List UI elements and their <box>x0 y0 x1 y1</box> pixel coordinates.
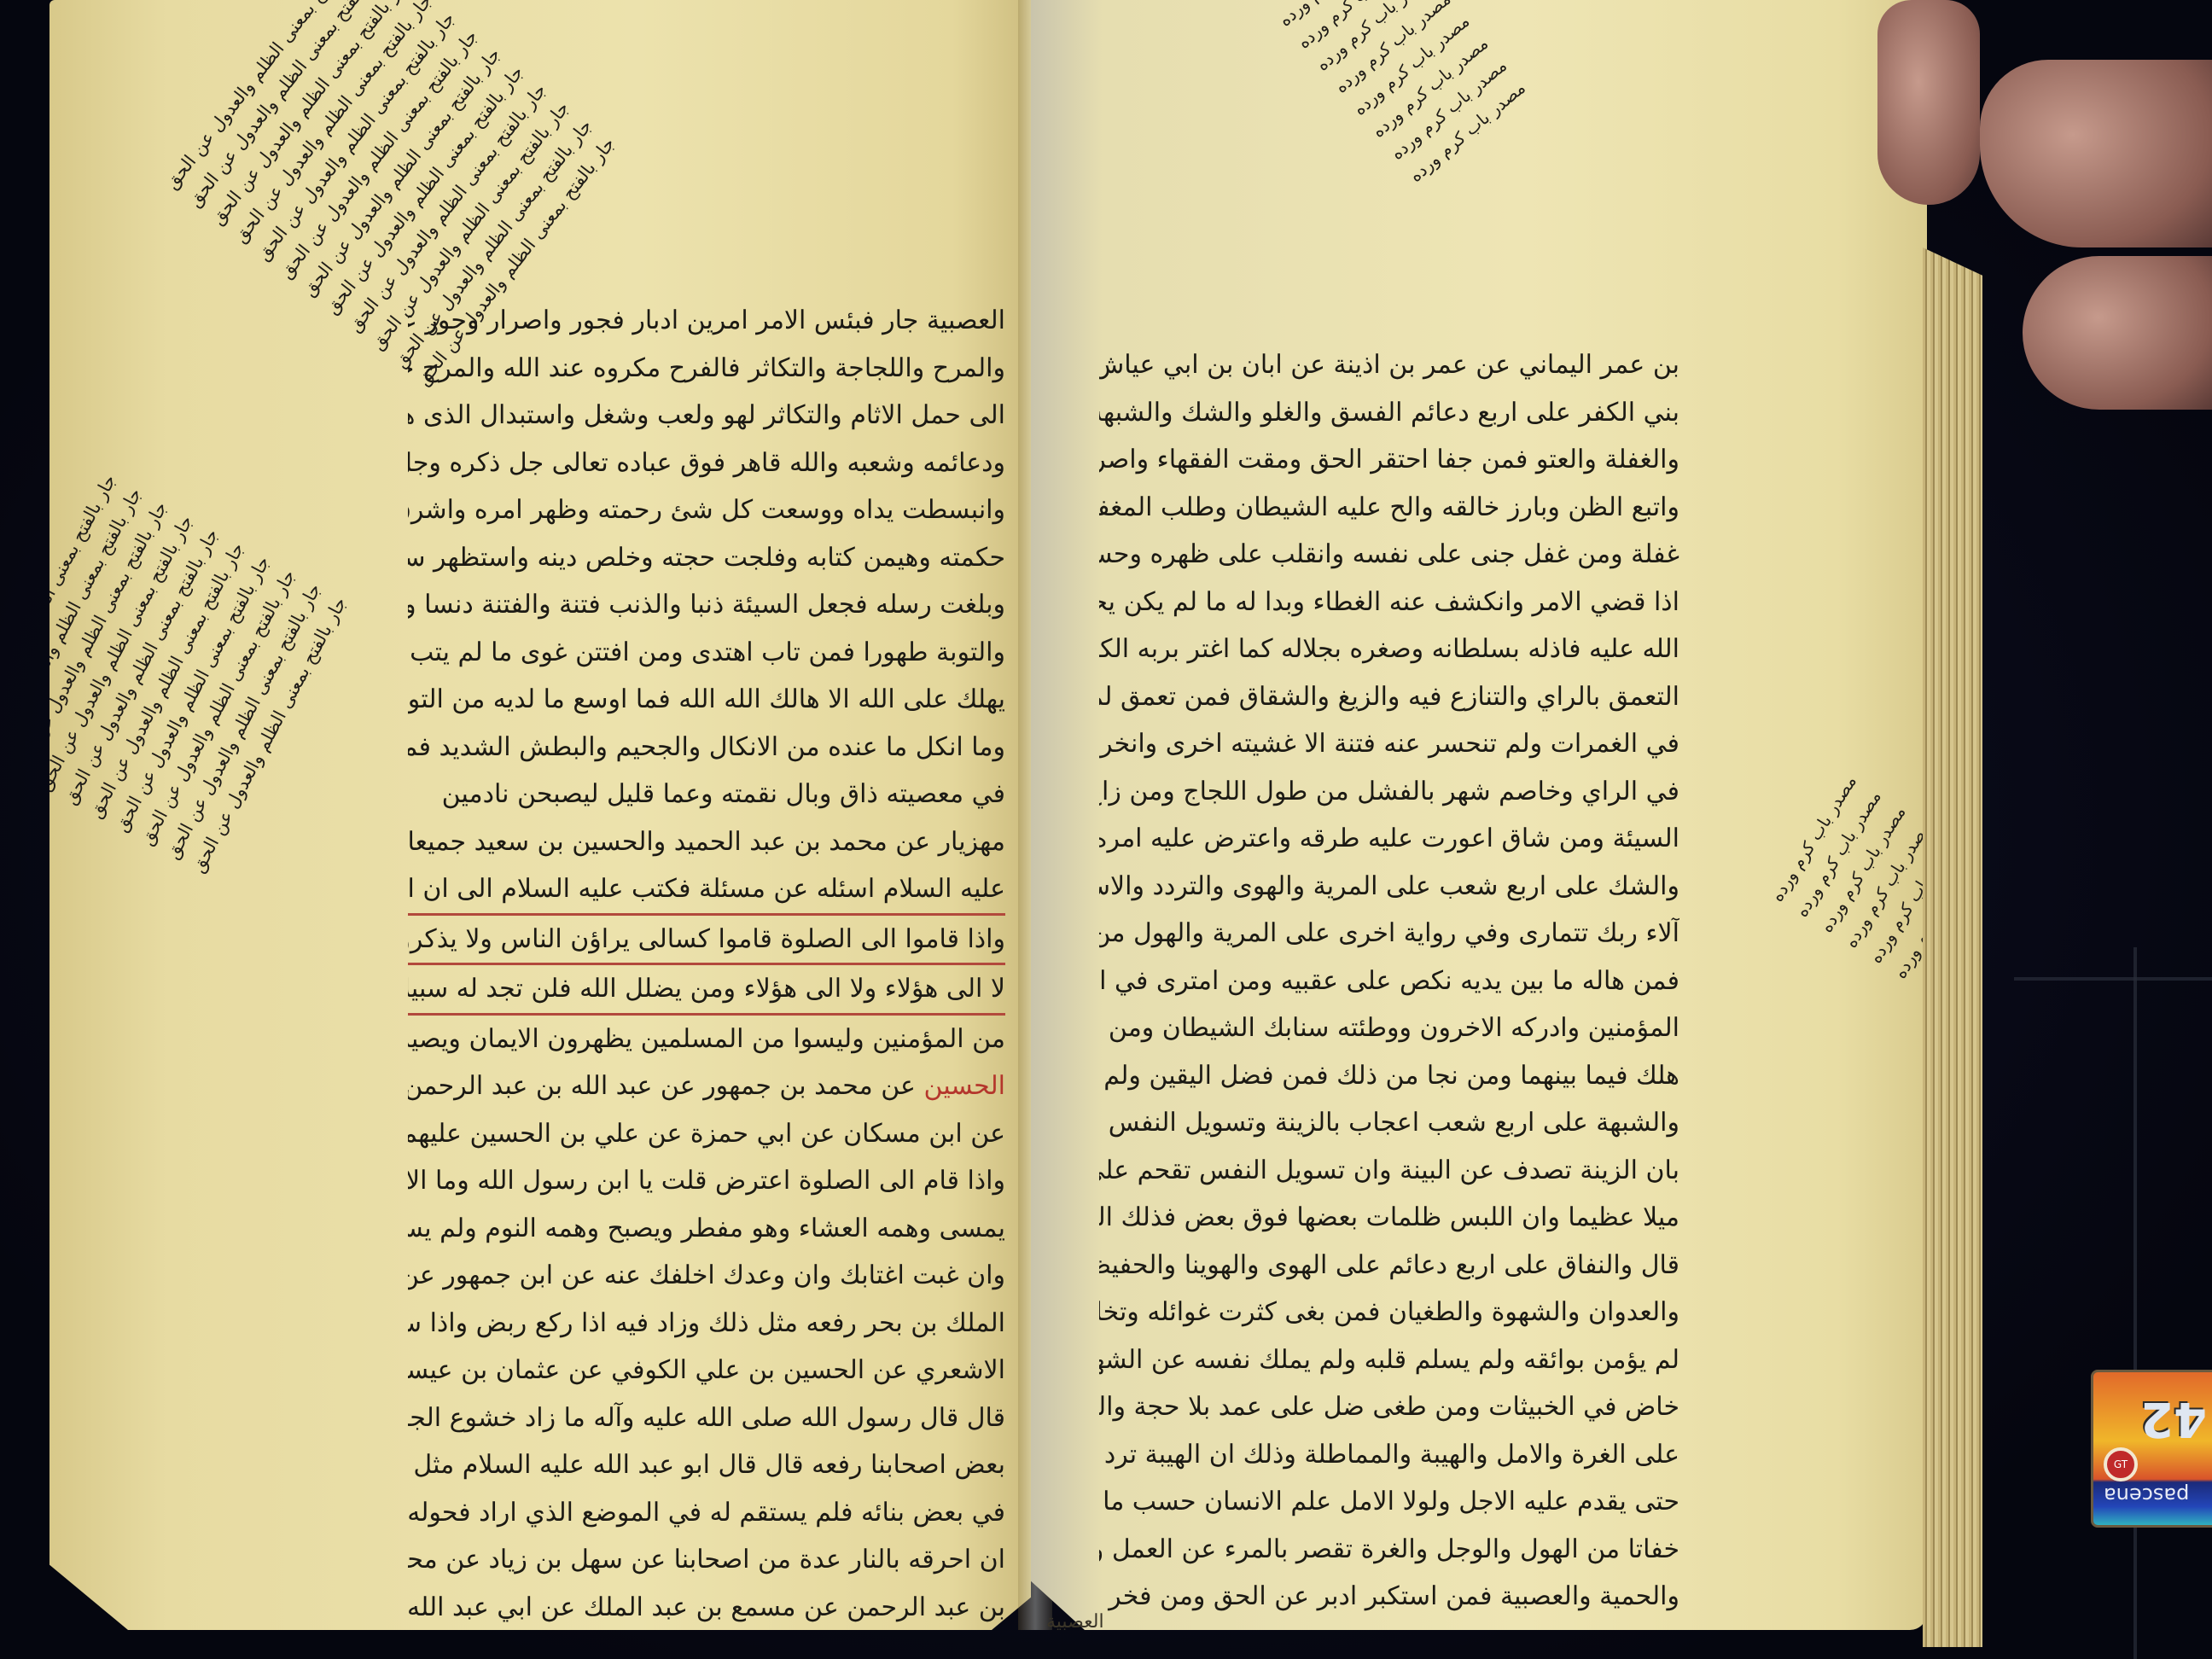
thumb <box>1877 0 1980 205</box>
manuscript-line: آلاء ربك تتمارى وفي رواية اخرى على المري… <box>1099 910 1679 958</box>
right-page: بن عمر اليماني عن عمر بن اذينة عن ابان ب… <box>1031 0 1927 1630</box>
hand <box>1877 0 2212 410</box>
finger <box>2023 256 2212 410</box>
open-manuscript: العصبية جار فبئس الامر امرين ادبار فجور … <box>49 0 2038 1659</box>
manuscript-line: في بعض بنائه فلم يستقم له في الموضع الذي… <box>408 1489 1005 1537</box>
manuscript-line: في الراي وخاصم شهر بالفشل من طول اللجاج … <box>1099 768 1679 816</box>
manuscript-line: في الغمرات ولم تنحسر عنه فتنة الا غشيته … <box>1099 720 1679 768</box>
finger <box>1980 60 2212 247</box>
manuscript-line: وبلغت رسله فجعل السيئة ذنبا والذنب فتنة … <box>408 581 1005 629</box>
manuscript-line: فمن هاله ما بين يديه نكص على عقبيه ومن ا… <box>1099 958 1679 1005</box>
manuscript-line: خفاتا من الهول والوجل والغرة تقصر بالمرء… <box>1099 1526 1679 1574</box>
product-sticker: 42 GT pascena <box>2091 1370 2212 1528</box>
manuscript-line: هلك فيما بينهما ومن نجا من ذلك فمن فضل ا… <box>1099 1052 1679 1100</box>
manuscript-line: والحمية والعصبية فمن استكبر ادبر عن الحق… <box>1099 1573 1679 1621</box>
catchword: العصبية <box>1046 1611 1104 1633</box>
manuscript-line: وانبسطت يداه ووسعت كل شئ رحمته وظهر امره… <box>408 486 1005 534</box>
manuscript-line: قال قال رسول الله صلى الله عليه وآله ما … <box>408 1394 1005 1442</box>
manuscript-line: بن عبد الرحمن عن مسمع بن عبد الملك عن اب… <box>408 1584 1005 1631</box>
manuscript-line: حكمته وهيمن كتابه وفلجت حجته وخلص دينه و… <box>408 534 1005 582</box>
manuscript-line: لم يؤمن بوائقه ولم يسلم قلبه ولم يملك نف… <box>1099 1336 1679 1384</box>
manuscript-line: ان احرقه بالنار عدة من اصحابنا عن سهل بن… <box>408 1536 1005 1584</box>
rubric-word: الحسين <box>924 1071 1006 1101</box>
background-tile-line <box>2014 977 2212 981</box>
manuscript-line: المؤمنين وادركه الاخرون ووطئته سنابك الش… <box>1099 1004 1679 1052</box>
manuscript-line: قال والنفاق على اربع دعائم على الهوى وال… <box>1099 1242 1679 1289</box>
sticker-brand: pascena <box>2104 1483 2189 1507</box>
sticker-number: 42 <box>2140 1391 2207 1447</box>
left-page: العصبية جار فبئس الامر امرين ادبار فجور … <box>49 0 1031 1630</box>
manuscript-line: خاض في الخبيثات ومن طغى ضل على عمد بلا ح… <box>1099 1383 1679 1431</box>
sticker-logo-icon: GT <box>2104 1447 2138 1481</box>
manuscript-line: والشك على اربع شعب على المرية والهوى وال… <box>1099 863 1679 911</box>
background-tile-line <box>2133 947 2137 1659</box>
manuscript-line: السيئة ومن شاق اعورت عليه طرقه واعترض عل… <box>1099 815 1679 863</box>
manuscript-line: والشبهة على اربع شعب اعجاب بالزينة وتسوي… <box>1099 1099 1679 1147</box>
manuscript-line: بعض اصحابنا رفعه قال قال ابو عبد الله عل… <box>408 1441 1005 1489</box>
manuscript-line: على الغرة والامل والهيبة والمماطلة وذلك … <box>1099 1431 1679 1479</box>
manuscript-line: حتى يقدم عليه الاجل ولولا الامل علم الان… <box>1099 1478 1679 1526</box>
page-fore-edge <box>1923 247 1982 1647</box>
manuscript-line: والتوبة طهورا فمن تاب اهتدى ومن افتتن غو… <box>408 629 1005 677</box>
manuscript-line: والعدوان والشهوة والطغيان فمن بغى كثرت غ… <box>1099 1289 1679 1336</box>
